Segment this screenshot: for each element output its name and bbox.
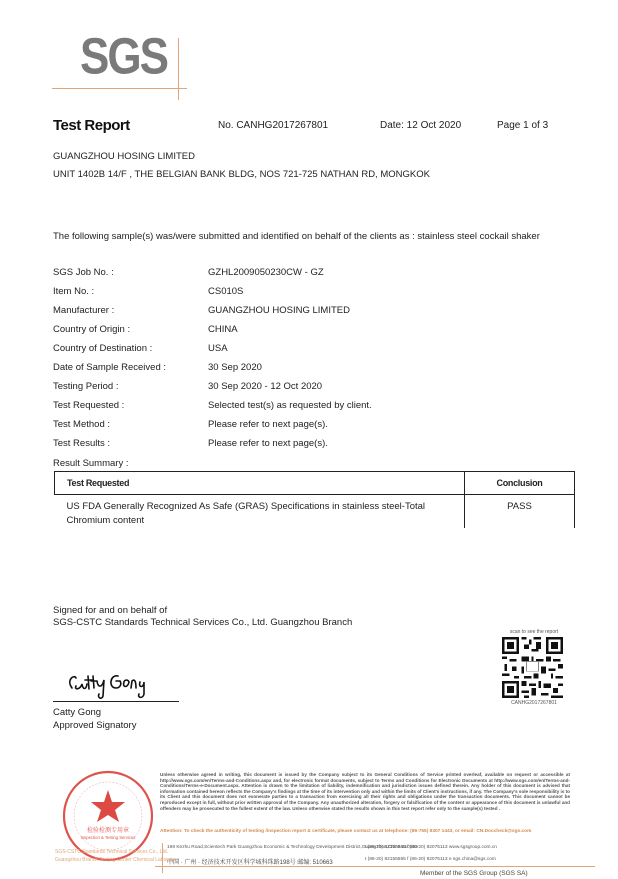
page-title: Test Report bbox=[53, 117, 130, 134]
conclusion-cell: PASS bbox=[465, 495, 575, 529]
signatory-name: Catty Gong bbox=[53, 707, 101, 718]
field-row: Testing Period : 30 Sep 2020 - 12 Oct 20… bbox=[53, 377, 573, 396]
client-name: GUANGZHOU HOSING LIMITED bbox=[53, 151, 195, 162]
field-label: Manufacturer : bbox=[53, 305, 208, 316]
stamp-text-en: Inspection & Testing Services bbox=[81, 835, 136, 840]
signature-image bbox=[62, 666, 152, 700]
field-value: GUANGZHOU HOSING LIMITED bbox=[208, 305, 573, 316]
field-row: Test Method : Please refer to next page(… bbox=[53, 415, 573, 434]
footer-accent-vline bbox=[162, 843, 163, 873]
page-indicator: Page 1 of 3 bbox=[497, 120, 548, 131]
field-value: GZHL2009050230CW - GZ bbox=[208, 267, 573, 278]
field-label: Test Method : bbox=[53, 419, 208, 430]
field-row: Test Requested : Selected test(s) as req… bbox=[53, 396, 573, 415]
footer-address-cn: 中国 · 广州 · 经济技术开发区科学城科珠路198号 邮编: 510663 bbox=[167, 857, 333, 866]
sample-details: SGS Job No. : GZHL2009050230CW - GZ Item… bbox=[53, 263, 573, 453]
stamp-caption-lab: Guangzhou Branch Testing Center Chemical… bbox=[55, 857, 179, 863]
field-label: Item No. : bbox=[53, 286, 208, 297]
field-value: USA bbox=[208, 343, 573, 354]
field-value: CHINA bbox=[208, 324, 573, 335]
signed-on-behalf: Signed for and on behalf of bbox=[53, 605, 167, 616]
sgs-logo: SGS bbox=[52, 30, 148, 86]
field-row: Date of Sample Received : 30 Sep 2020 bbox=[53, 358, 573, 377]
field-row: Manufacturer : GUANGZHOU HOSING LIMITED bbox=[53, 301, 573, 320]
signature-line bbox=[53, 701, 179, 702]
qr-report-id: CANHG2017267801 bbox=[499, 700, 569, 706]
field-label: Date of Sample Received : bbox=[53, 362, 208, 373]
logo-accent-hline bbox=[52, 88, 187, 89]
report-date: Date: 12 Oct 2020 bbox=[380, 120, 461, 131]
sgs-group-membership: Member of the SGS Group (SGS SA) bbox=[420, 870, 528, 877]
field-value: CS010S bbox=[208, 286, 573, 297]
table-row: US FDA Generally Recognized As Safe (GRA… bbox=[55, 495, 575, 529]
sample-intro: The following sample(s) was/were submitt… bbox=[53, 230, 563, 244]
qr-caption: scan to see the report bbox=[499, 629, 569, 635]
field-value: Selected test(s) as requested by client. bbox=[208, 400, 573, 411]
logo-accent-vline bbox=[178, 38, 179, 100]
field-label: SGS Job No. : bbox=[53, 267, 208, 278]
field-row: Country of Origin : CHINA bbox=[53, 320, 573, 339]
field-row: Country of Destination : USA bbox=[53, 339, 573, 358]
field-value: Please refer to next page(s). bbox=[208, 419, 573, 430]
test-requested-cell: US FDA Generally Recognized As Safe (GRA… bbox=[55, 495, 465, 529]
legal-disclaimer: Unless otherwise agreed in writing, this… bbox=[160, 772, 570, 811]
field-label: Country of Origin : bbox=[53, 324, 208, 335]
stamp-caption-company: SGS-CSTC Standards Technical Services Co… bbox=[55, 849, 168, 855]
field-label: Country of Destination : bbox=[53, 343, 208, 354]
field-row: SGS Job No. : GZHL2009050230CW - GZ bbox=[53, 263, 573, 282]
field-label: Testing Period : bbox=[53, 381, 208, 392]
field-row: Item No. : CS010S bbox=[53, 282, 573, 301]
result-summary-table: Test Requested Conclusion US FDA General… bbox=[54, 471, 575, 528]
report-number: No. CANHG2017267801 bbox=[218, 120, 328, 131]
signing-company: SGS-CSTC Standards Technical Services Co… bbox=[53, 617, 352, 628]
field-value: Please refer to next page(s). bbox=[208, 438, 573, 449]
column-header-conclusion: Conclusion bbox=[465, 472, 575, 495]
footer-accent-hline bbox=[155, 866, 595, 867]
field-label: Test Requested : bbox=[53, 400, 208, 411]
field-label: Test Results : bbox=[53, 438, 208, 449]
stamp-text-cn: 检验检测专用章 bbox=[87, 826, 129, 834]
logo-text: SGS bbox=[80, 32, 167, 83]
authenticity-notice: Attention: To check the authenticity of … bbox=[160, 829, 580, 835]
field-value: 30 Sep 2020 bbox=[208, 362, 573, 373]
footer-contact-web: t (86-20) 82155555 f (86-20) 82075113 ww… bbox=[365, 845, 497, 850]
qr-code[interactable] bbox=[502, 637, 563, 698]
field-row: Test Results : Please refer to next page… bbox=[53, 434, 573, 453]
field-value: 30 Sep 2020 - 12 Oct 2020 bbox=[208, 381, 573, 392]
client-address: UNIT 1402B 14/F , THE BELGIAN BANK BLDG,… bbox=[53, 169, 430, 180]
signatory-role: Approved Signatory bbox=[53, 720, 136, 731]
result-summary-label: Result Summary : bbox=[53, 458, 129, 469]
footer-contact-email: t (86-20) 82155555 f (86-20) 82075113 e … bbox=[365, 857, 496, 862]
column-header-test: Test Requested bbox=[55, 472, 465, 495]
table-header-row: Test Requested Conclusion bbox=[55, 472, 575, 495]
